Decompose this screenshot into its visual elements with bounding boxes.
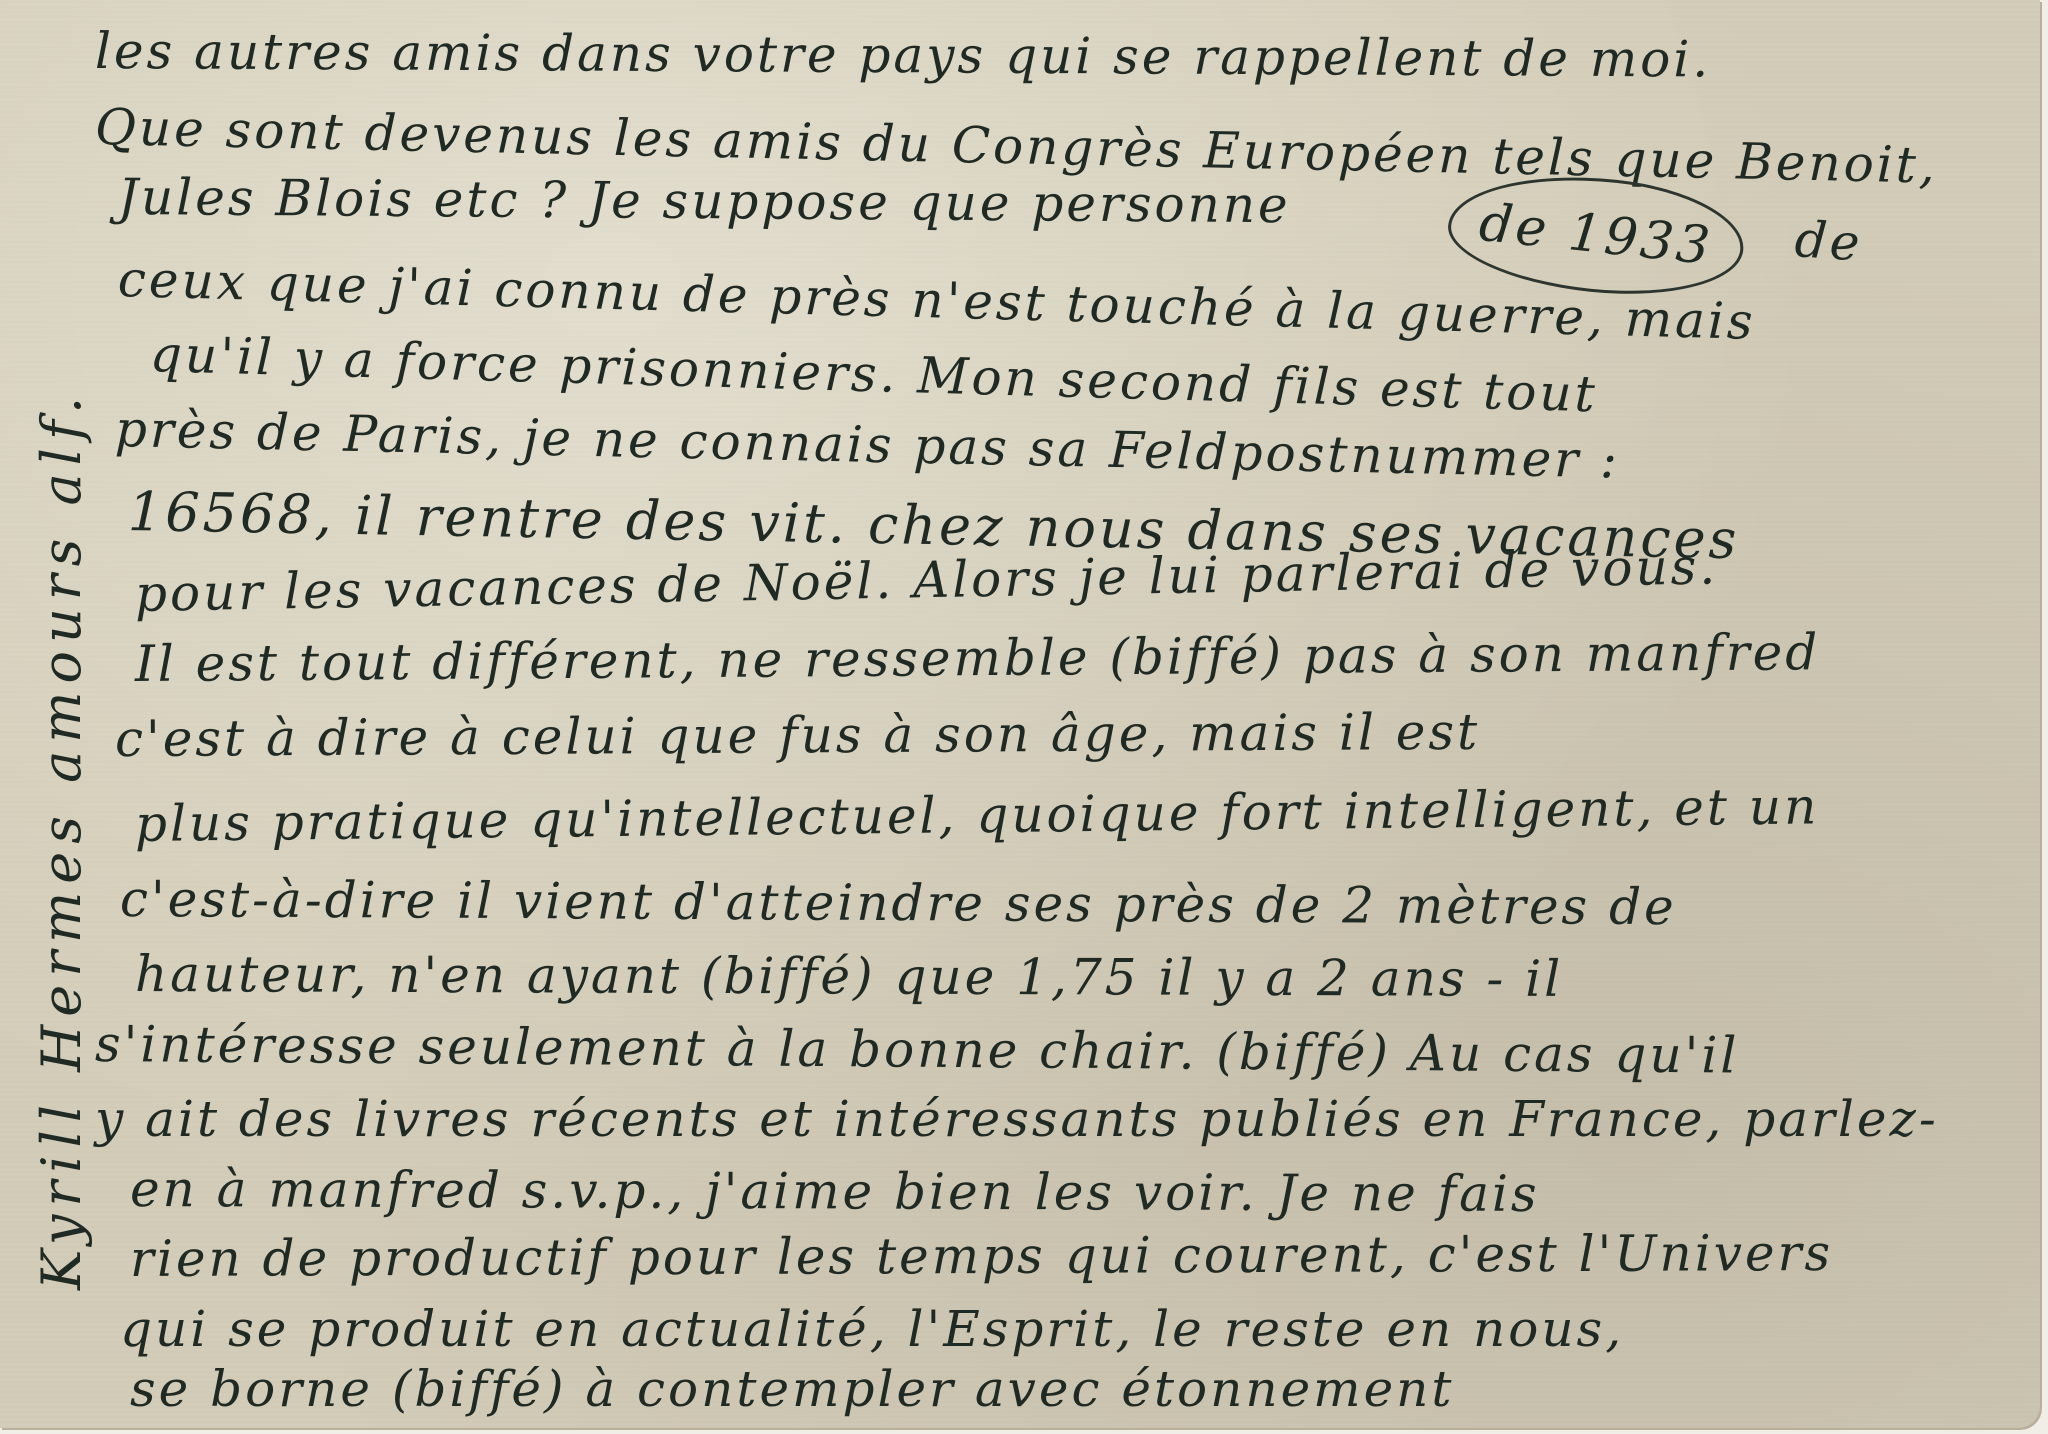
letter-line-17: rien de productif pour les temps qui cou… xyxy=(130,1224,1833,1288)
letter-line-10: c'est à dire à celui que fus à son âge, … xyxy=(115,703,1480,768)
letter-line-3-end: de xyxy=(1793,210,1864,273)
letter-line-1: les autres amis dans votre pays qui se r… xyxy=(95,22,1712,88)
letter-line-11: plus pratique qu'intellectuel, quoique f… xyxy=(135,777,1820,853)
postcard-paper: les autres amis dans votre pays qui se r… xyxy=(0,0,2040,1428)
letter-line-12: c'est-à-dire il vient d'atteindre ses pr… xyxy=(120,870,1677,936)
letter-line-19: se borne (biffé) à contempler avec étonn… xyxy=(130,1360,1454,1418)
letter-line-13: hauteur, n'en ayant (biffé) que 1,75 il … xyxy=(135,945,1563,1008)
letter-line-9: Il est tout différent, ne ressemble (bif… xyxy=(135,623,1821,693)
letter-line-8: pour les vacances de Noël. Alors je lui … xyxy=(134,537,1718,623)
margin-signature-note: Kyrill Hermes amours alf. xyxy=(30,389,93,1290)
letter-line-3: Jules Blois etc ? Je suppose que personn… xyxy=(118,168,1291,234)
letter-line-15: y ait des livres récents et intéressants… xyxy=(95,1090,1939,1148)
letter-line-16: en à manfred s.v.p., j'aime bien les voi… xyxy=(130,1160,1540,1223)
letter-line-18: qui se produit en actualité, l'Esprit, l… xyxy=(120,1300,1624,1358)
letter-line-14: s'intéresse seulement à la bonne chair. … xyxy=(95,1015,1740,1084)
